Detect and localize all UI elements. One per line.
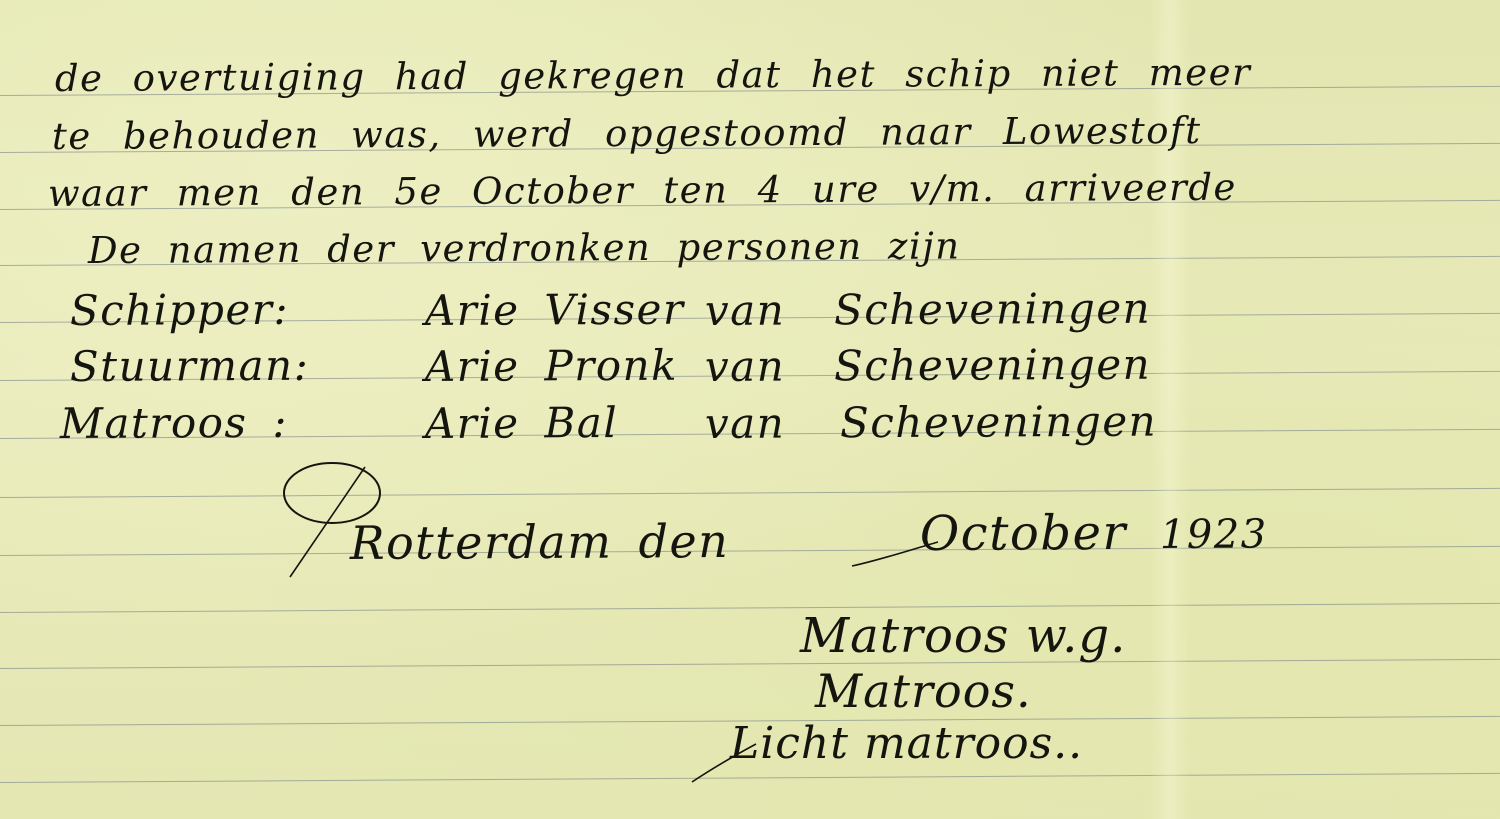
body-line-2: te behouden was, werd opgestoomd naar Lo…: [52, 112, 1202, 155]
ruled-line: [0, 659, 1500, 669]
body-line-1: de overtuiging had gekregen dat het schi…: [55, 54, 1252, 97]
ruled-line: [0, 546, 1500, 556]
year: 1923: [1160, 514, 1268, 555]
place: Rotterdam den: [350, 518, 730, 566]
crew-name: Arie Bal: [425, 402, 619, 445]
crew-origin: van Scheveningen: [705, 344, 1151, 388]
crew-name: Arie Visser: [425, 289, 685, 332]
ruled-line: [0, 603, 1500, 613]
ruled-line: [0, 773, 1500, 783]
crew-origin: van Scheveningen: [705, 288, 1151, 332]
crew-name: Arie Pronk: [425, 345, 678, 388]
body-line-4: De namen der verdronken personen zijn: [88, 227, 961, 269]
signature-licht-matroos: Licht matroos..: [730, 722, 1083, 766]
crew-role: Matroos :: [60, 402, 288, 445]
signature-matroos-wg: Matroos w.g.: [800, 612, 1126, 660]
ruled-line: [0, 488, 1500, 498]
signature-matroos: Matroos.: [815, 668, 1032, 714]
month: October: [920, 509, 1127, 558]
body-line-3: waar men den 5e October ten 4 ure v/m. a…: [48, 169, 1237, 212]
crew-role: Schipper:: [70, 289, 289, 332]
crew-origin: van Scheveningen: [705, 401, 1157, 445]
crew-role: Stuurman:: [70, 345, 310, 388]
